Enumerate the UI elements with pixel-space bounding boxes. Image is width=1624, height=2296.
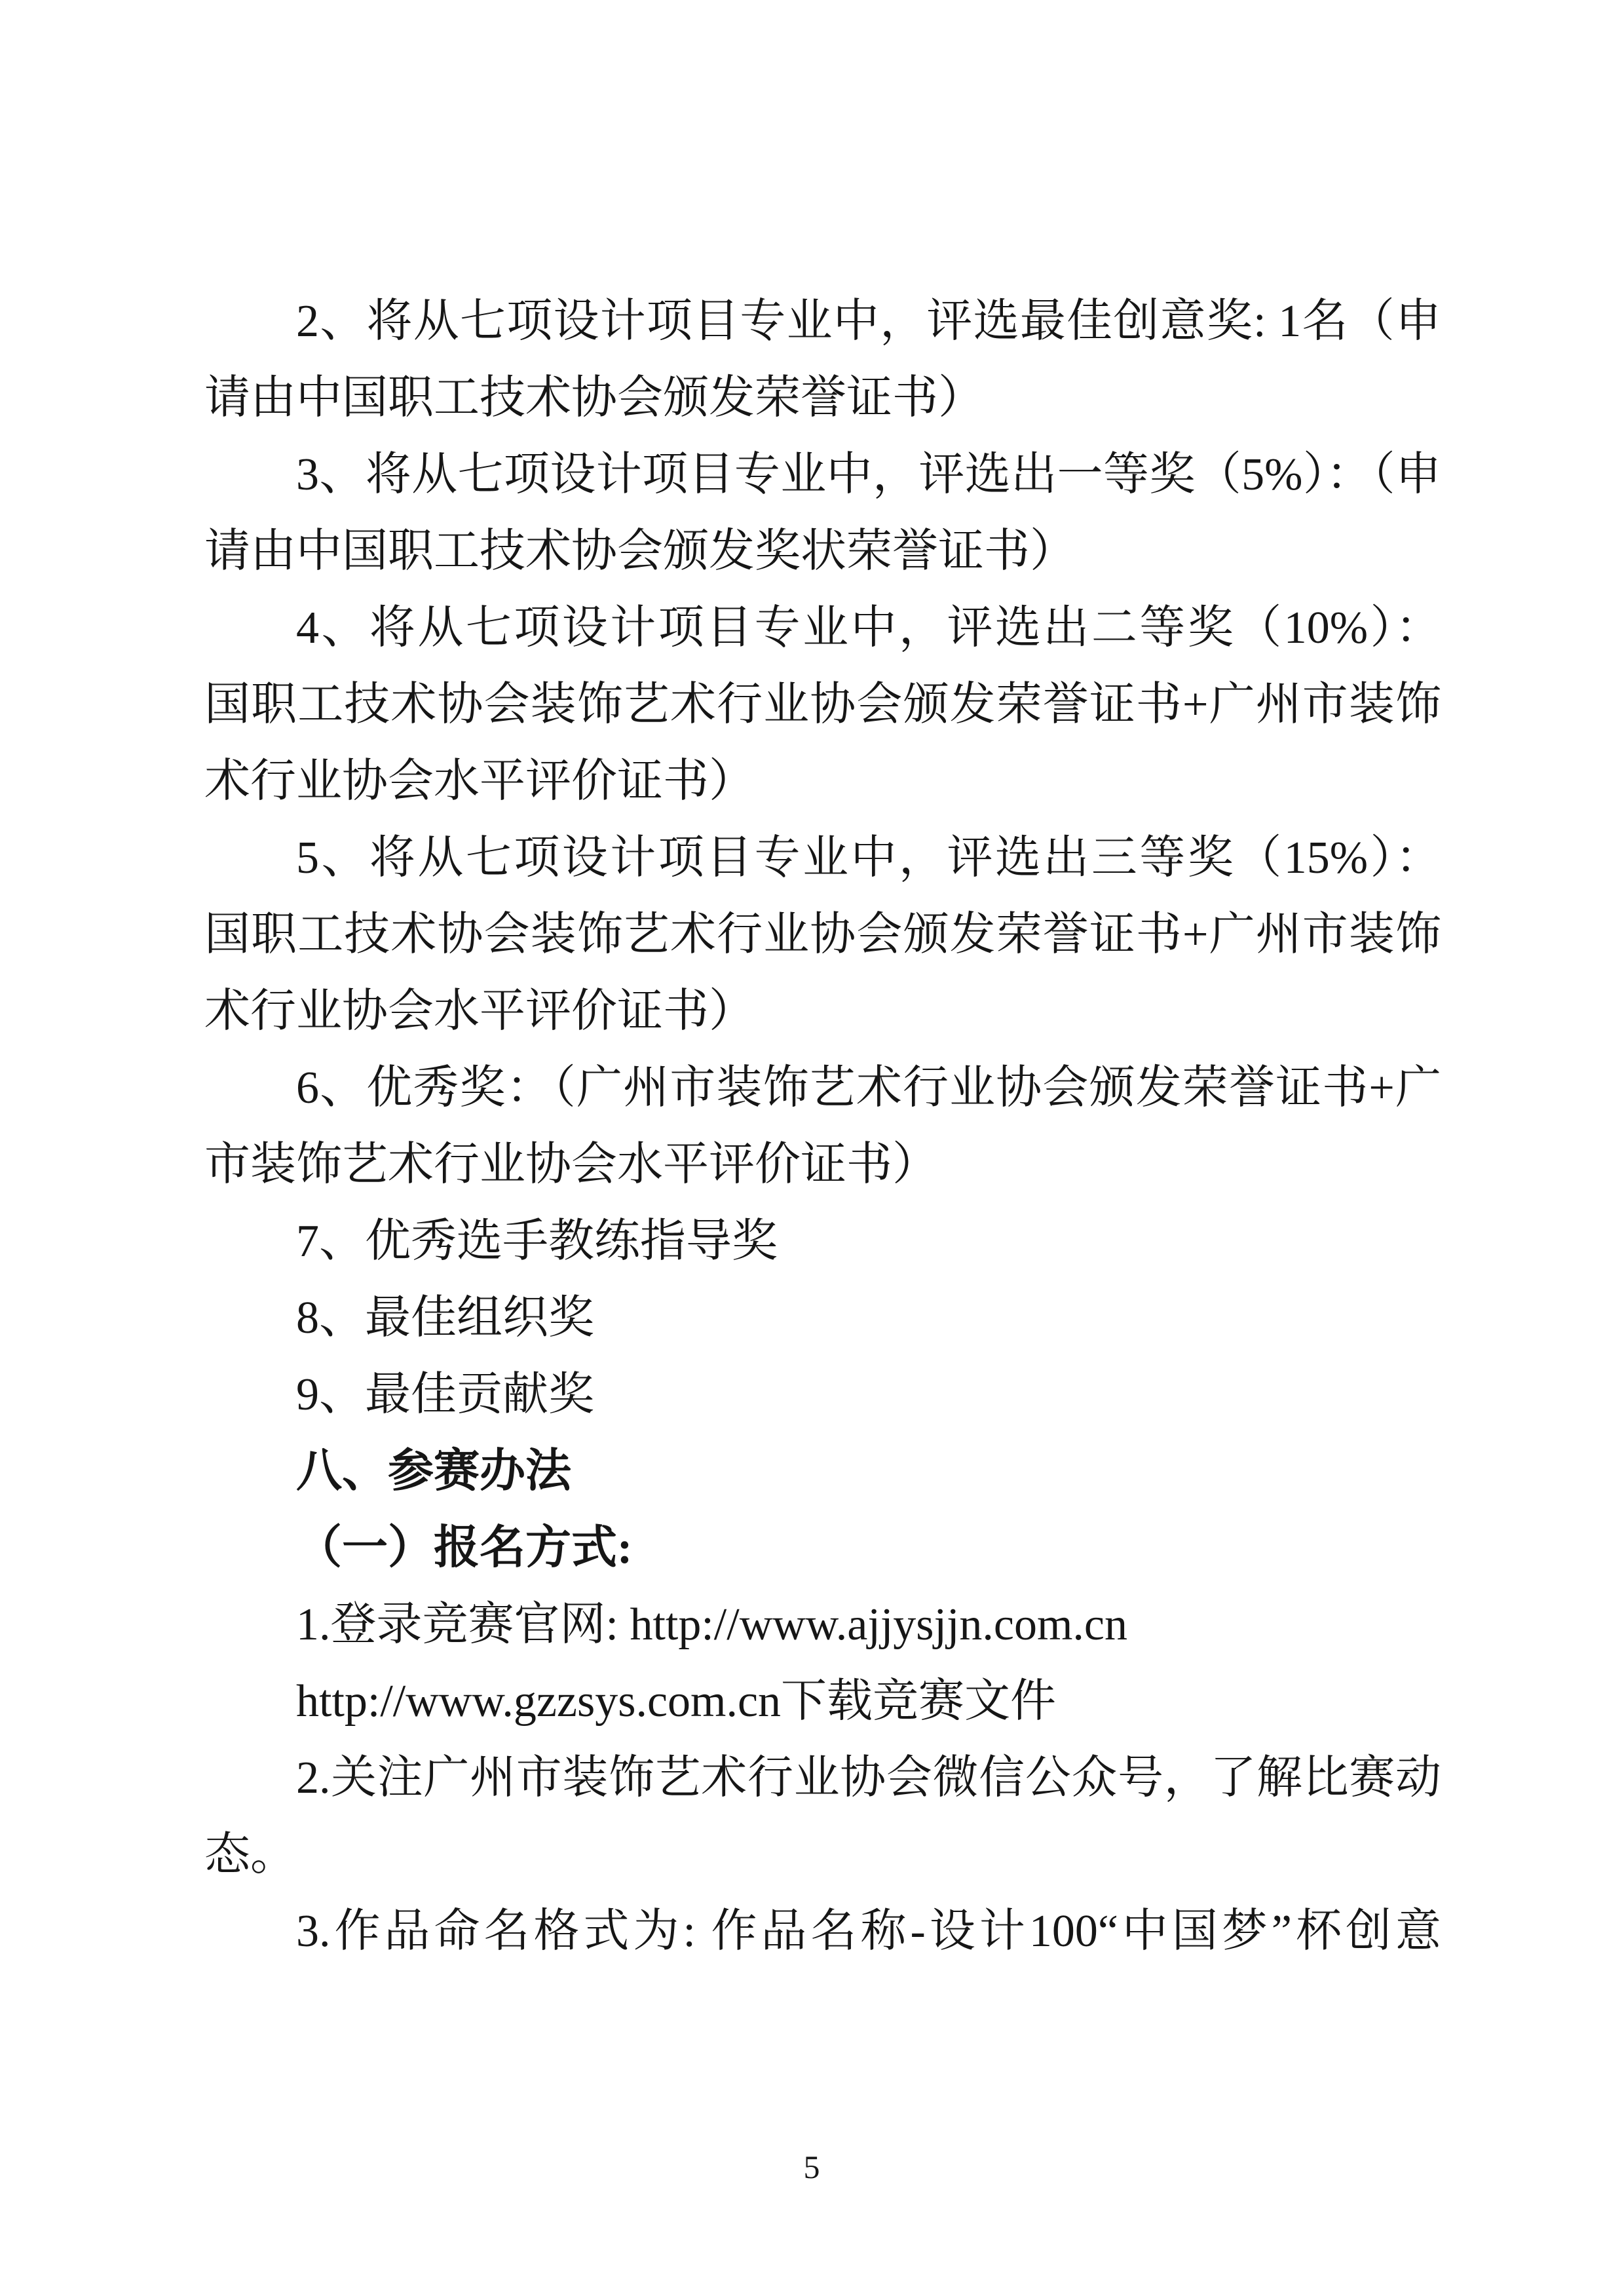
text-line: 请由中国职工技术协会颁发荣誉证书） xyxy=(204,360,1441,436)
text-line: 术行业协会水平评价证书） xyxy=(204,973,1441,1050)
text-line: 4、将从七项设计项目专业中，评选出二等奖（10%）：（中 xyxy=(204,590,1441,666)
text-line: 9、最佳贡献奖 xyxy=(204,1356,1441,1433)
document-page: 2、将从七项设计项目专业中，评选最佳创意奖: 1名（申请由中国职工技术协会颁发荣… xyxy=(0,0,1624,2296)
text-line: 8、最佳组织奖 xyxy=(204,1280,1441,1356)
text-line: 1.登录竞赛官网: http://www.ajjysjjn.com.cn xyxy=(204,1586,1441,1663)
page-number: 5 xyxy=(804,2149,821,2185)
text-line: http://www.gzzsys.com.cn下载竞赛文件 xyxy=(204,1663,1441,1740)
heading-line: 八、参赛办法 xyxy=(204,1433,1441,1510)
text-line: 国职工技术协会装饰艺术行业协会颁发荣誉证书+广州市装饰艺 xyxy=(204,896,1441,973)
text-line: 市装饰艺术行业协会水平评价证书） xyxy=(204,1126,1441,1203)
text-line: 国职工技术协会装饰艺术行业协会颁发荣誉证书+广州市装饰艺 xyxy=(204,666,1441,743)
text-line: 请由中国职工技术协会颁发奖状荣誉证书） xyxy=(204,513,1441,590)
text-line: 3、将从七项设计项目专业中，评选出一等奖（5%）：（申 xyxy=(204,436,1441,513)
text-line: 3.作品命名格式为: 作品名称-设计100“中国梦”杯创意 xyxy=(204,1893,1441,1970)
text-line: 7、优秀选手教练指导奖 xyxy=(204,1203,1441,1280)
text-line: 2.关注广州市装饰艺术行业协会微信公众号，了解比赛动 xyxy=(204,1740,1441,1816)
text-line: 2、将从七项设计项目专业中，评选最佳创意奖: 1名（申 xyxy=(204,283,1441,360)
heading-line: （一）报名方式: xyxy=(204,1510,1441,1586)
page-footer: 5 xyxy=(0,2148,1624,2186)
text-line: 5、将从七项设计项目专业中，评选出三等奖（15%）：（中 xyxy=(204,820,1441,896)
text-line: 态。 xyxy=(204,1816,1441,1893)
text-line: 术行业协会水平评价证书） xyxy=(204,743,1441,820)
document-body: 2、将从七项设计项目专业中，评选最佳创意奖: 1名（申请由中国职工技术协会颁发荣… xyxy=(204,283,1441,1970)
text-line: 6、优秀奖：（广州市装饰艺术行业协会颁发荣誉证书+广州 xyxy=(204,1050,1441,1126)
